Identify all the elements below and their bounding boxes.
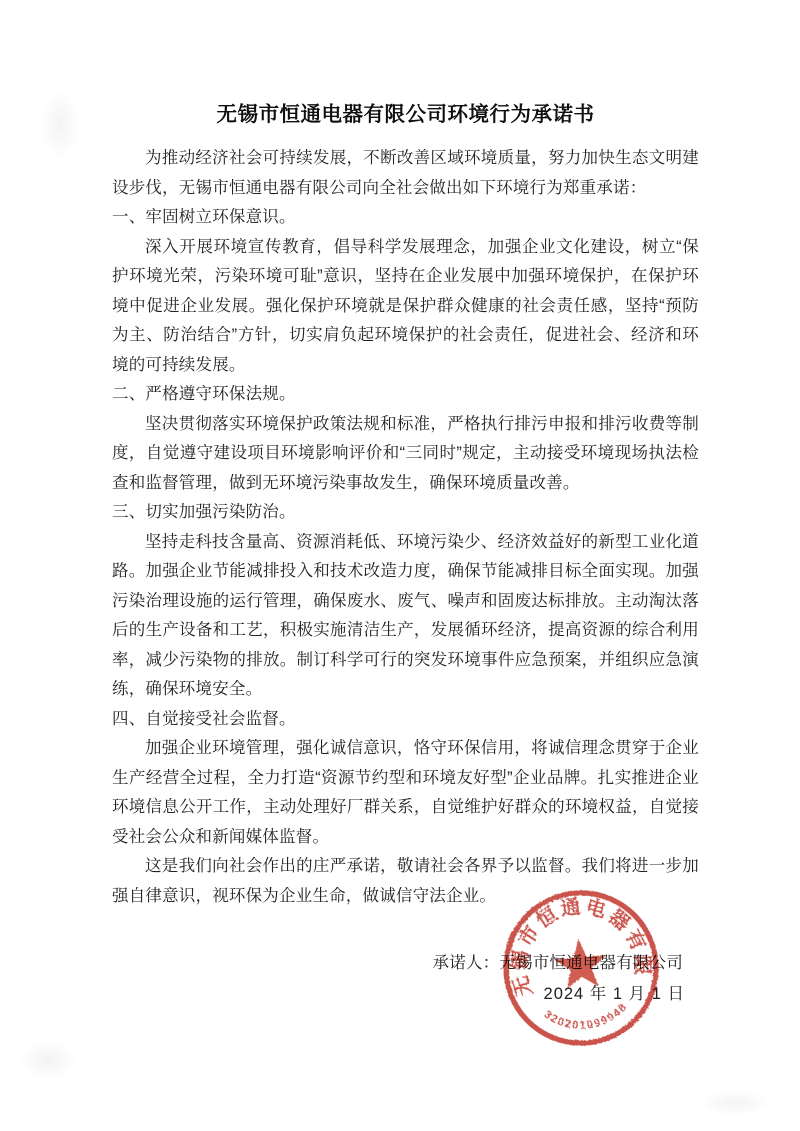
signature-block: 承诺人：无锡市恒通电器有限公司 2024 年 1 月 1 日 [112,948,699,1010]
section-1-heading: 一、牢固树立环保意识。 [112,203,699,233]
section-2-body: 坚决贯彻落实环境保护政策法规和标准，严格执行排污申报和排污收费等制度，自觉遵守建… [112,410,699,499]
section-2-heading: 二、严格遵守环保法规。 [112,380,699,410]
document-body: 无锡市恒通电器有限公司环境行为承诺书 为推动经济社会可持续发展，不断改善区域环境… [112,97,699,1010]
document-title: 无锡市恒通电器有限公司环境行为承诺书 [112,97,699,127]
intro-paragraph: 为推动经济社会可持续发展，不断改善区域环境质量，努力加快生态文明建设步伐，无锡市… [112,144,699,203]
scan-artifact [700,1090,770,1116]
section-4-body: 加强企业环境管理，强化诚信意识，恪守环保信用，将诚信理念贯穿于企业生产经营全过程… [112,734,699,852]
date-line: 2024 年 1 月 1 日 [112,979,699,1010]
section-3-body: 坚持走科技含量高、资源消耗低、环境污染少、经济效益好的新型工业化道路。加强企业节… [112,528,699,705]
signatory-line: 承诺人：无锡市恒通电器有限公司 [112,948,699,979]
section-1-body: 深入开展环境宣传教育，倡导科学发展理念，加强企业文化建设，树立“保护环境光荣，污… [112,233,699,381]
closing-paragraph: 这是我们向社会作出的庄严承诺，敬请社会各界予以监督。我们将进一步加强自律意识，视… [112,852,699,911]
scan-artifact [40,90,80,160]
section-4-heading: 四、自觉接受社会监督。 [112,705,699,735]
scanned-document-page: 无锡市恒通电器有限公司环境行为承诺书 为推动经济社会可持续发展，不断改善区域环境… [0,0,800,1131]
scan-artifact [18,1040,78,1080]
section-3-heading: 三、切实加强污染防治。 [112,498,699,528]
